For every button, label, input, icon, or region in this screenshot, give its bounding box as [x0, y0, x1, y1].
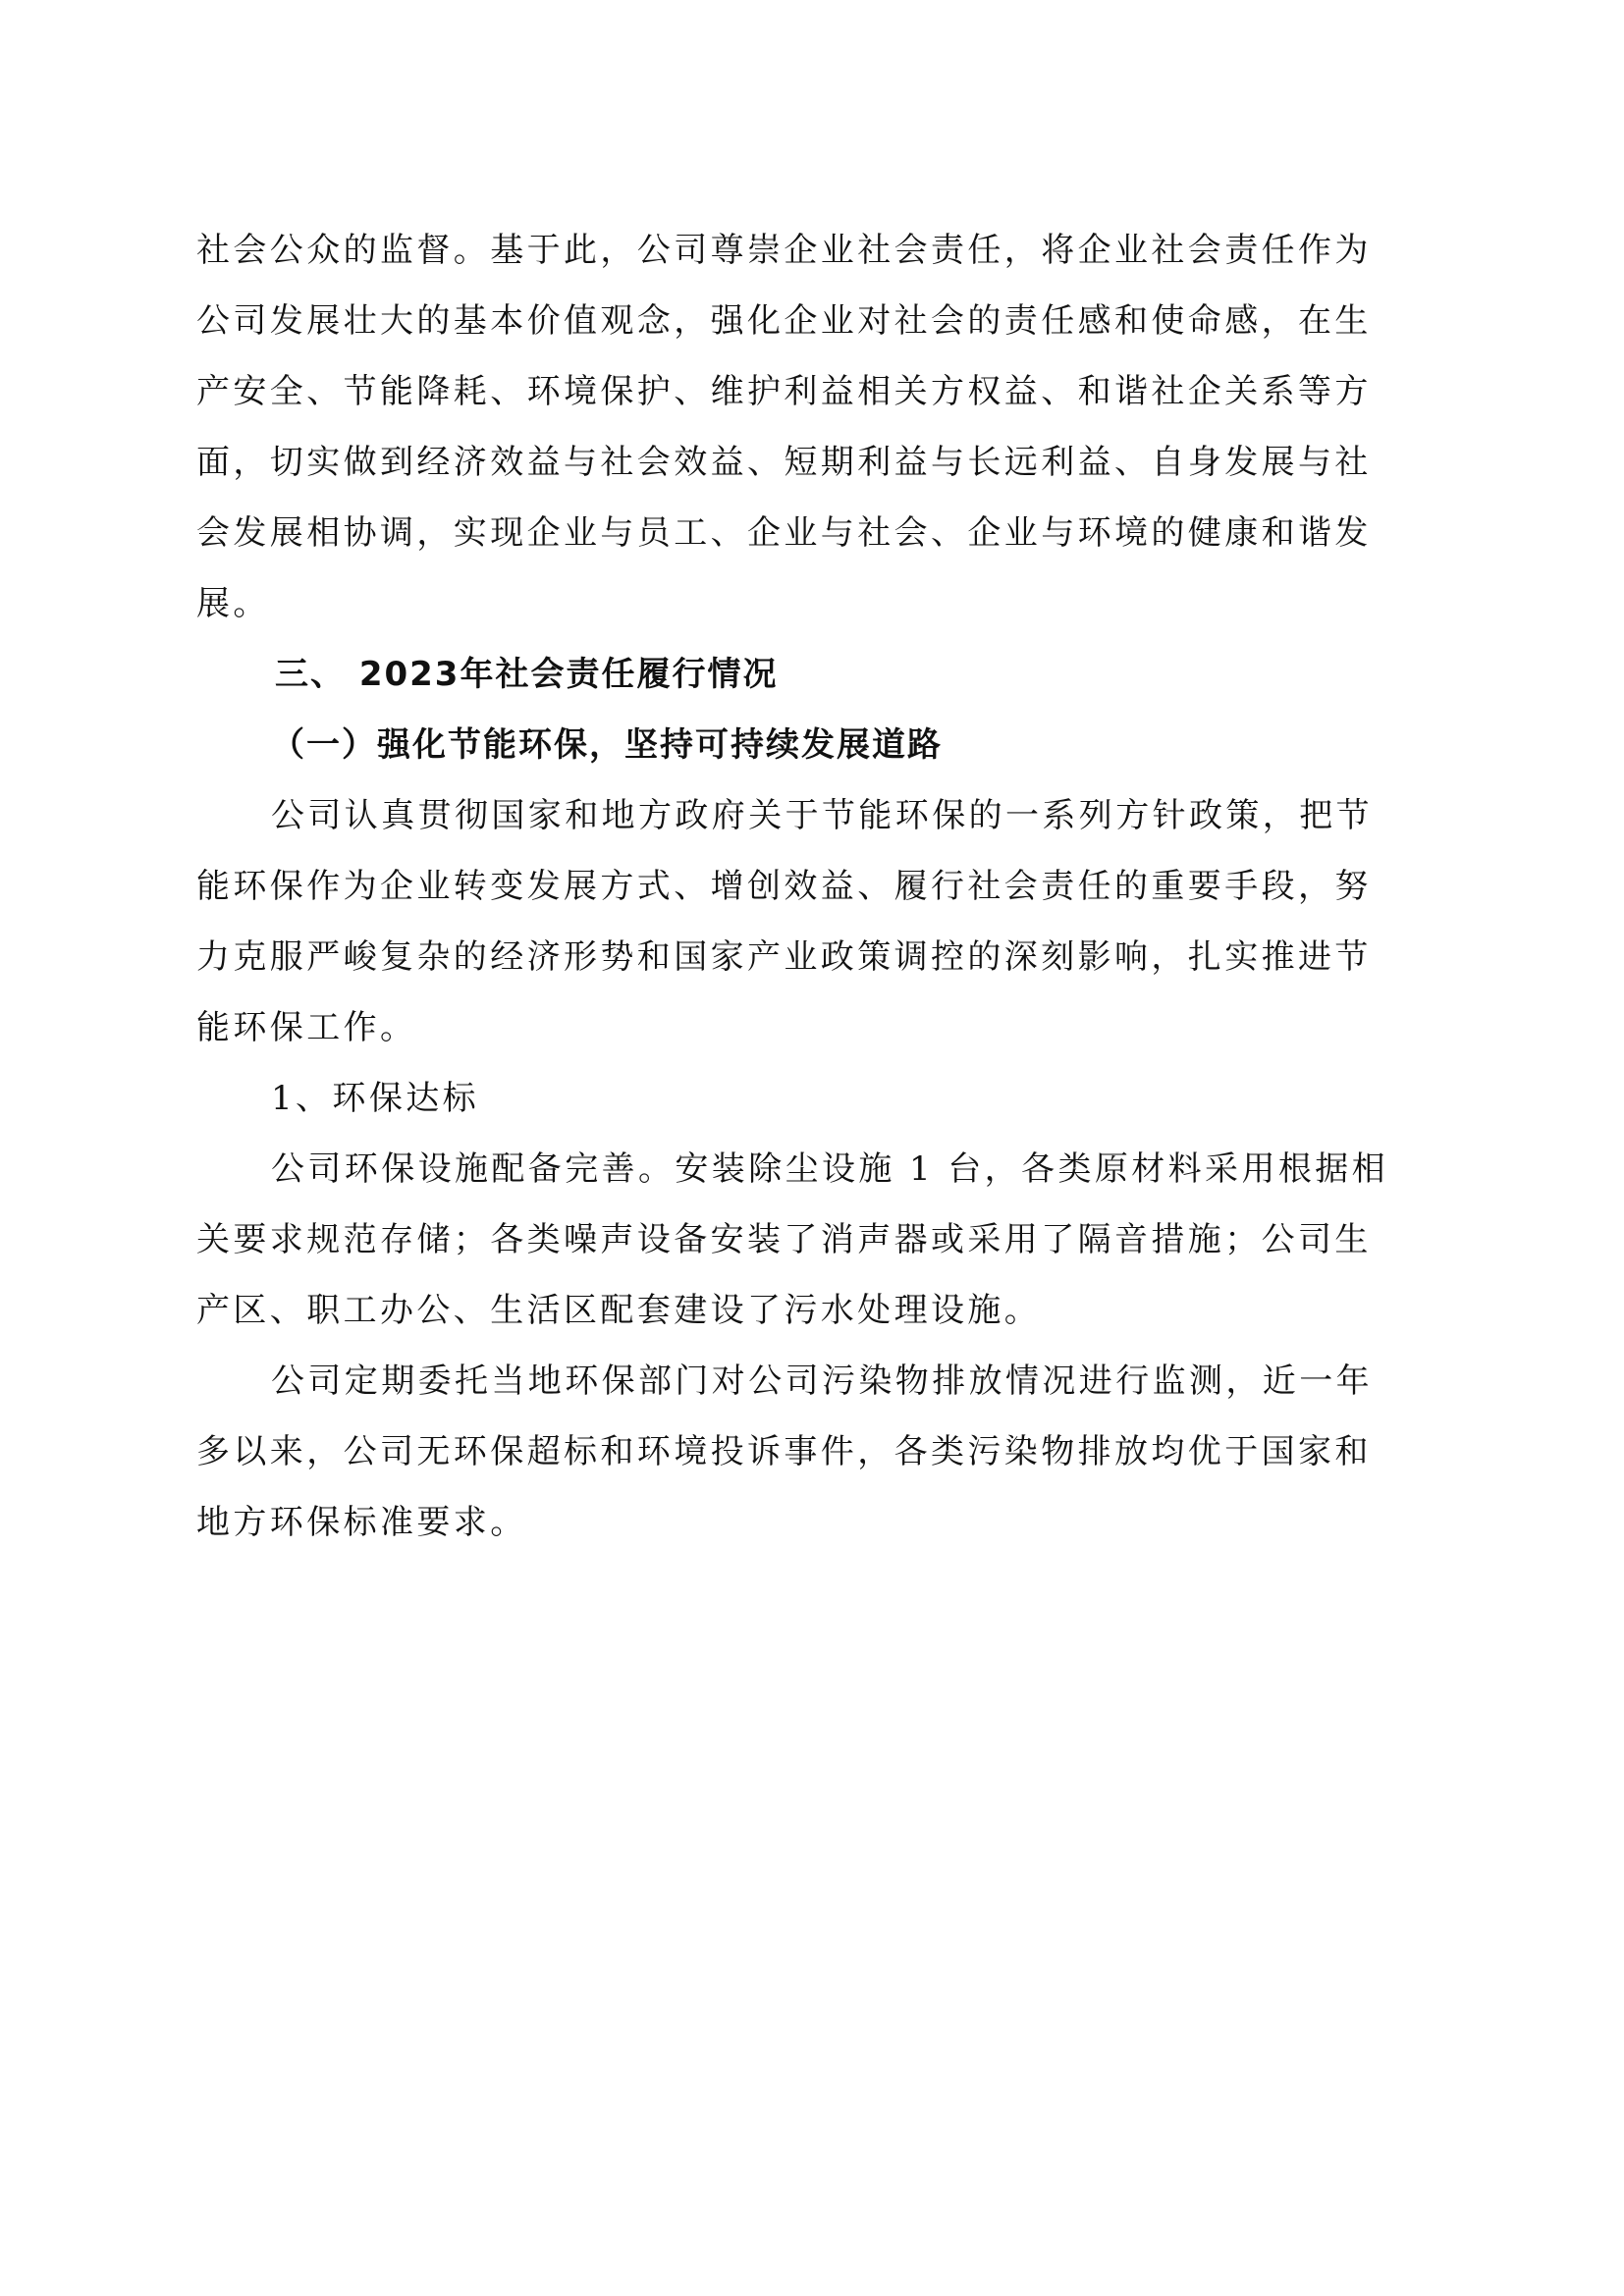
paragraph-line: 力克服严峻复杂的经济形势和国家产业政策调控的深刻影响，扎实推进节 — [196, 922, 1372, 992]
paragraph-line: 公司环保设施配备完善。安装除尘设施 1 台，各类原材料采用根据相 — [271, 1134, 1388, 1204]
item-heading: 1、环保达标 — [271, 1063, 479, 1134]
paragraph-line: 多以来，公司无环保超标和环境投诉事件，各类污染物排放均优于国家和 — [196, 1416, 1372, 1487]
paragraph-line: 能环保作为企业转变发展方式、增创效益、履行社会责任的重要手段，努 — [196, 851, 1372, 922]
paragraph-line: 社会公众的监督。基于此，公司尊崇企业社会责任，将企业社会责任作为 — [196, 215, 1372, 286]
paragraph-line: 面，切实做到经济效益与社会效益、短期利益与长远利益、自身发展与社 — [196, 427, 1372, 498]
paragraph-line: 能环保工作。 — [196, 992, 416, 1063]
paragraph-line: 展。 — [196, 568, 270, 639]
paragraph-line: 公司定期委托当地环保部门对公司污染物排放情况进行监测，近一年 — [271, 1346, 1373, 1416]
paragraph-line: 关要求规范存储；各类噪声设备安装了消声器或采用了隔音措施；公司生 — [196, 1204, 1372, 1275]
subsection-heading: （一）强化节能环保，坚持可持续发展道路 — [271, 710, 943, 780]
paragraph-line: 产区、职工办公、生活区配套建设了污水处理设施。 — [196, 1275, 1041, 1346]
section-heading: 三、 2023年社会责任履行情况 — [275, 639, 778, 710]
paragraph-line: 公司认真贯彻国家和地方政府关于节能环保的一系列方针政策，把节 — [271, 780, 1373, 851]
paragraph-line: 地方环保标准要求。 — [196, 1487, 527, 1558]
paragraph-line: 产安全、节能降耗、环境保护、维护利益相关方权益、和谐社企关系等方 — [196, 356, 1372, 427]
paragraph-line: 公司发展壮大的基本价值观念，强化企业对社会的责任感和使命感，在生 — [196, 286, 1372, 356]
paragraph-line: 会发展相协调，实现企业与员工、企业与社会、企业与环境的健康和谐发 — [196, 498, 1372, 568]
